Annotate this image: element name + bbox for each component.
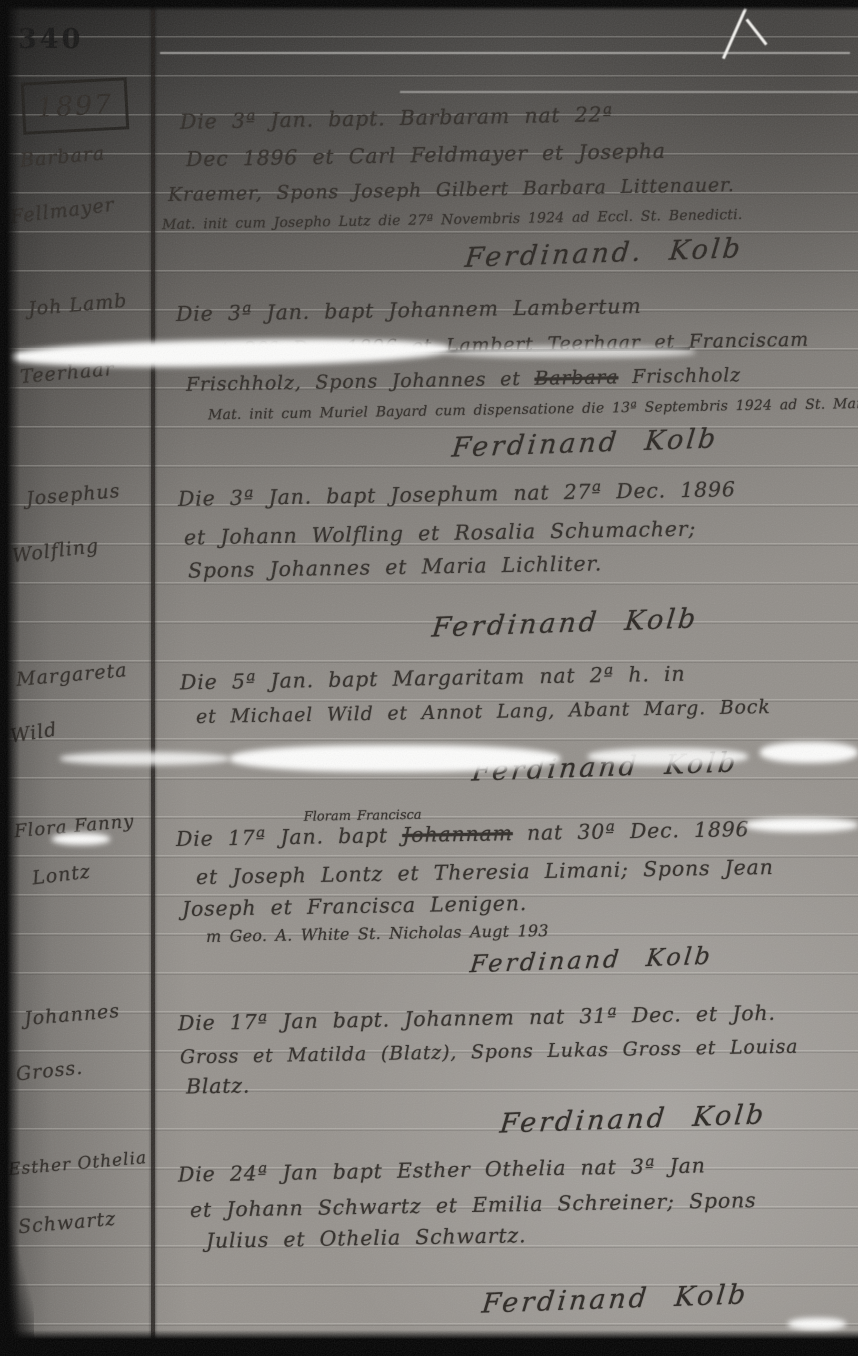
priest-signature: Ferdinand Kolb — [469, 942, 715, 979]
entry-line-part: Frischholz — [618, 364, 741, 388]
entry-note: Mat. init cum Muriel Bayard cum dispensa… — [208, 395, 858, 424]
year-label: 1897 — [36, 89, 114, 124]
entry-margin-name: Josephus — [25, 480, 121, 510]
page-number: 340 — [18, 24, 83, 55]
scan-scratch-line — [400, 91, 858, 93]
entry-margin-name: Esther Othelia — [7, 1148, 148, 1180]
entry-margin-name: Lontz — [31, 860, 92, 889]
whiteout-damage — [788, 1318, 846, 1330]
entry-line: Die 3ª Jan. bapt Josephum nat 27ª Dec. 1… — [178, 477, 736, 511]
entry-margin-name: Barbara — [19, 142, 106, 171]
entry-note-part: Mat. init cum Muriel Bayard cum dispensa… — [208, 396, 858, 424]
entry-note: m Geo. A. White St. Nicholas Augt 193 — [206, 921, 549, 946]
entry-line: et Michael Wild et Annot Lang, Abant Mar… — [196, 696, 771, 728]
struck-name: Johannam — [402, 821, 513, 847]
scan-edge-bottom — [0, 1330, 858, 1356]
entry-margin-name: Johannes — [23, 1000, 121, 1030]
entry-margin-name: Joh Lamb — [27, 290, 128, 321]
entry-line: Kraemer, Spons Joseph Gilbert Barbara Li… — [168, 174, 735, 206]
whiteout-damage — [230, 745, 560, 772]
whiteout-damage — [10, 336, 450, 370]
whiteout-damage — [60, 752, 230, 765]
whiteout-damage — [588, 748, 748, 765]
entry-margin-name: Margareta — [15, 659, 128, 691]
entry-margin-name: Wolfling — [11, 535, 100, 567]
scan-edge-left — [0, 0, 20, 1356]
entry-line: Die 3ª Jan. bapt Johannem Lambertum — [176, 294, 642, 326]
scan-scratch-line — [160, 52, 850, 54]
priest-signature: Ferdinand Kolb — [430, 603, 700, 643]
entry-line: Frischholz, Spons Johannes et Barbara Fr… — [186, 364, 741, 396]
entry-line: et Johann Wolfling et Rosalia Schumacher… — [184, 517, 696, 550]
year-box: 1897 — [21, 77, 130, 134]
entry-line: Blatz. — [186, 1073, 251, 1098]
entry-line: Floram Francisca Die 17ª Jan. bapt Johan… — [176, 817, 750, 851]
entry-line: Die 17ª Jan bapt. Johannem nat 31ª Dec. … — [178, 1001, 776, 1035]
entry-line: Julius et Othelia Schwartz. — [206, 1223, 527, 1253]
entry-line: Die 3ª Jan. bapt. Barbaram nat 22ª — [180, 102, 613, 134]
entry-line: Spons Johannes et Maria Lichliter. — [188, 551, 602, 582]
entry-line: Joseph et Francisca Lenigen. — [182, 891, 527, 921]
struck-name: Barbara — [534, 366, 618, 389]
priest-signature: Ferdinand Kolb — [450, 423, 720, 463]
priest-signature: Ferdinand Kolb — [498, 1099, 768, 1139]
whiteout-damage — [745, 818, 858, 832]
priest-signature: Ferdinand. Kolb — [463, 233, 744, 274]
whiteout-damage — [445, 346, 695, 358]
scan-edge-top — [0, 0, 858, 11]
entry-margin-name: Fellmayer — [9, 194, 116, 229]
entry-line: Gross et Matilda (Blatz), Spons Lukas Gr… — [180, 1036, 799, 1069]
entry-line: Die 5ª Jan. bapt Margaritam nat 2ª h. in — [180, 662, 686, 695]
margin-rule-line — [151, 0, 155, 1356]
entry-note: Mat. init cum Josepho Lutz die 27ª Novem… — [162, 207, 743, 233]
entry-line-part: nat 30ª Dec. 1896 — [513, 817, 750, 845]
whiteout-damage — [760, 742, 858, 763]
entry-margin-name: Gross. — [15, 1057, 84, 1086]
entry-line: et Johann Schwartz et Emilia Schreiner; … — [190, 1188, 757, 1222]
priest-signature: Ferdinand Kolb — [480, 1279, 750, 1319]
interlinear-correction: Floram Francisca — [304, 808, 422, 825]
whiteout-damage — [52, 833, 110, 845]
entry-line: Dec 1896 et Carl Feldmayer et Josepha — [186, 139, 666, 171]
entry-line-part: Frischholz, Spons Johannes et — [186, 368, 535, 396]
register-page-scan: 340 1897 Barbara Fellmayer Die 3ª Jan. b… — [0, 0, 858, 1356]
scan-scratch-mark — [745, 18, 767, 45]
entry-line: et Joseph Lontz et Theresia Limani; Spon… — [196, 855, 774, 889]
entry-line: Die 24ª Jan bapt Esther Othelia nat 3ª J… — [178, 1153, 706, 1186]
entry-line-part: Die 17ª Jan. bapt — [176, 823, 403, 851]
